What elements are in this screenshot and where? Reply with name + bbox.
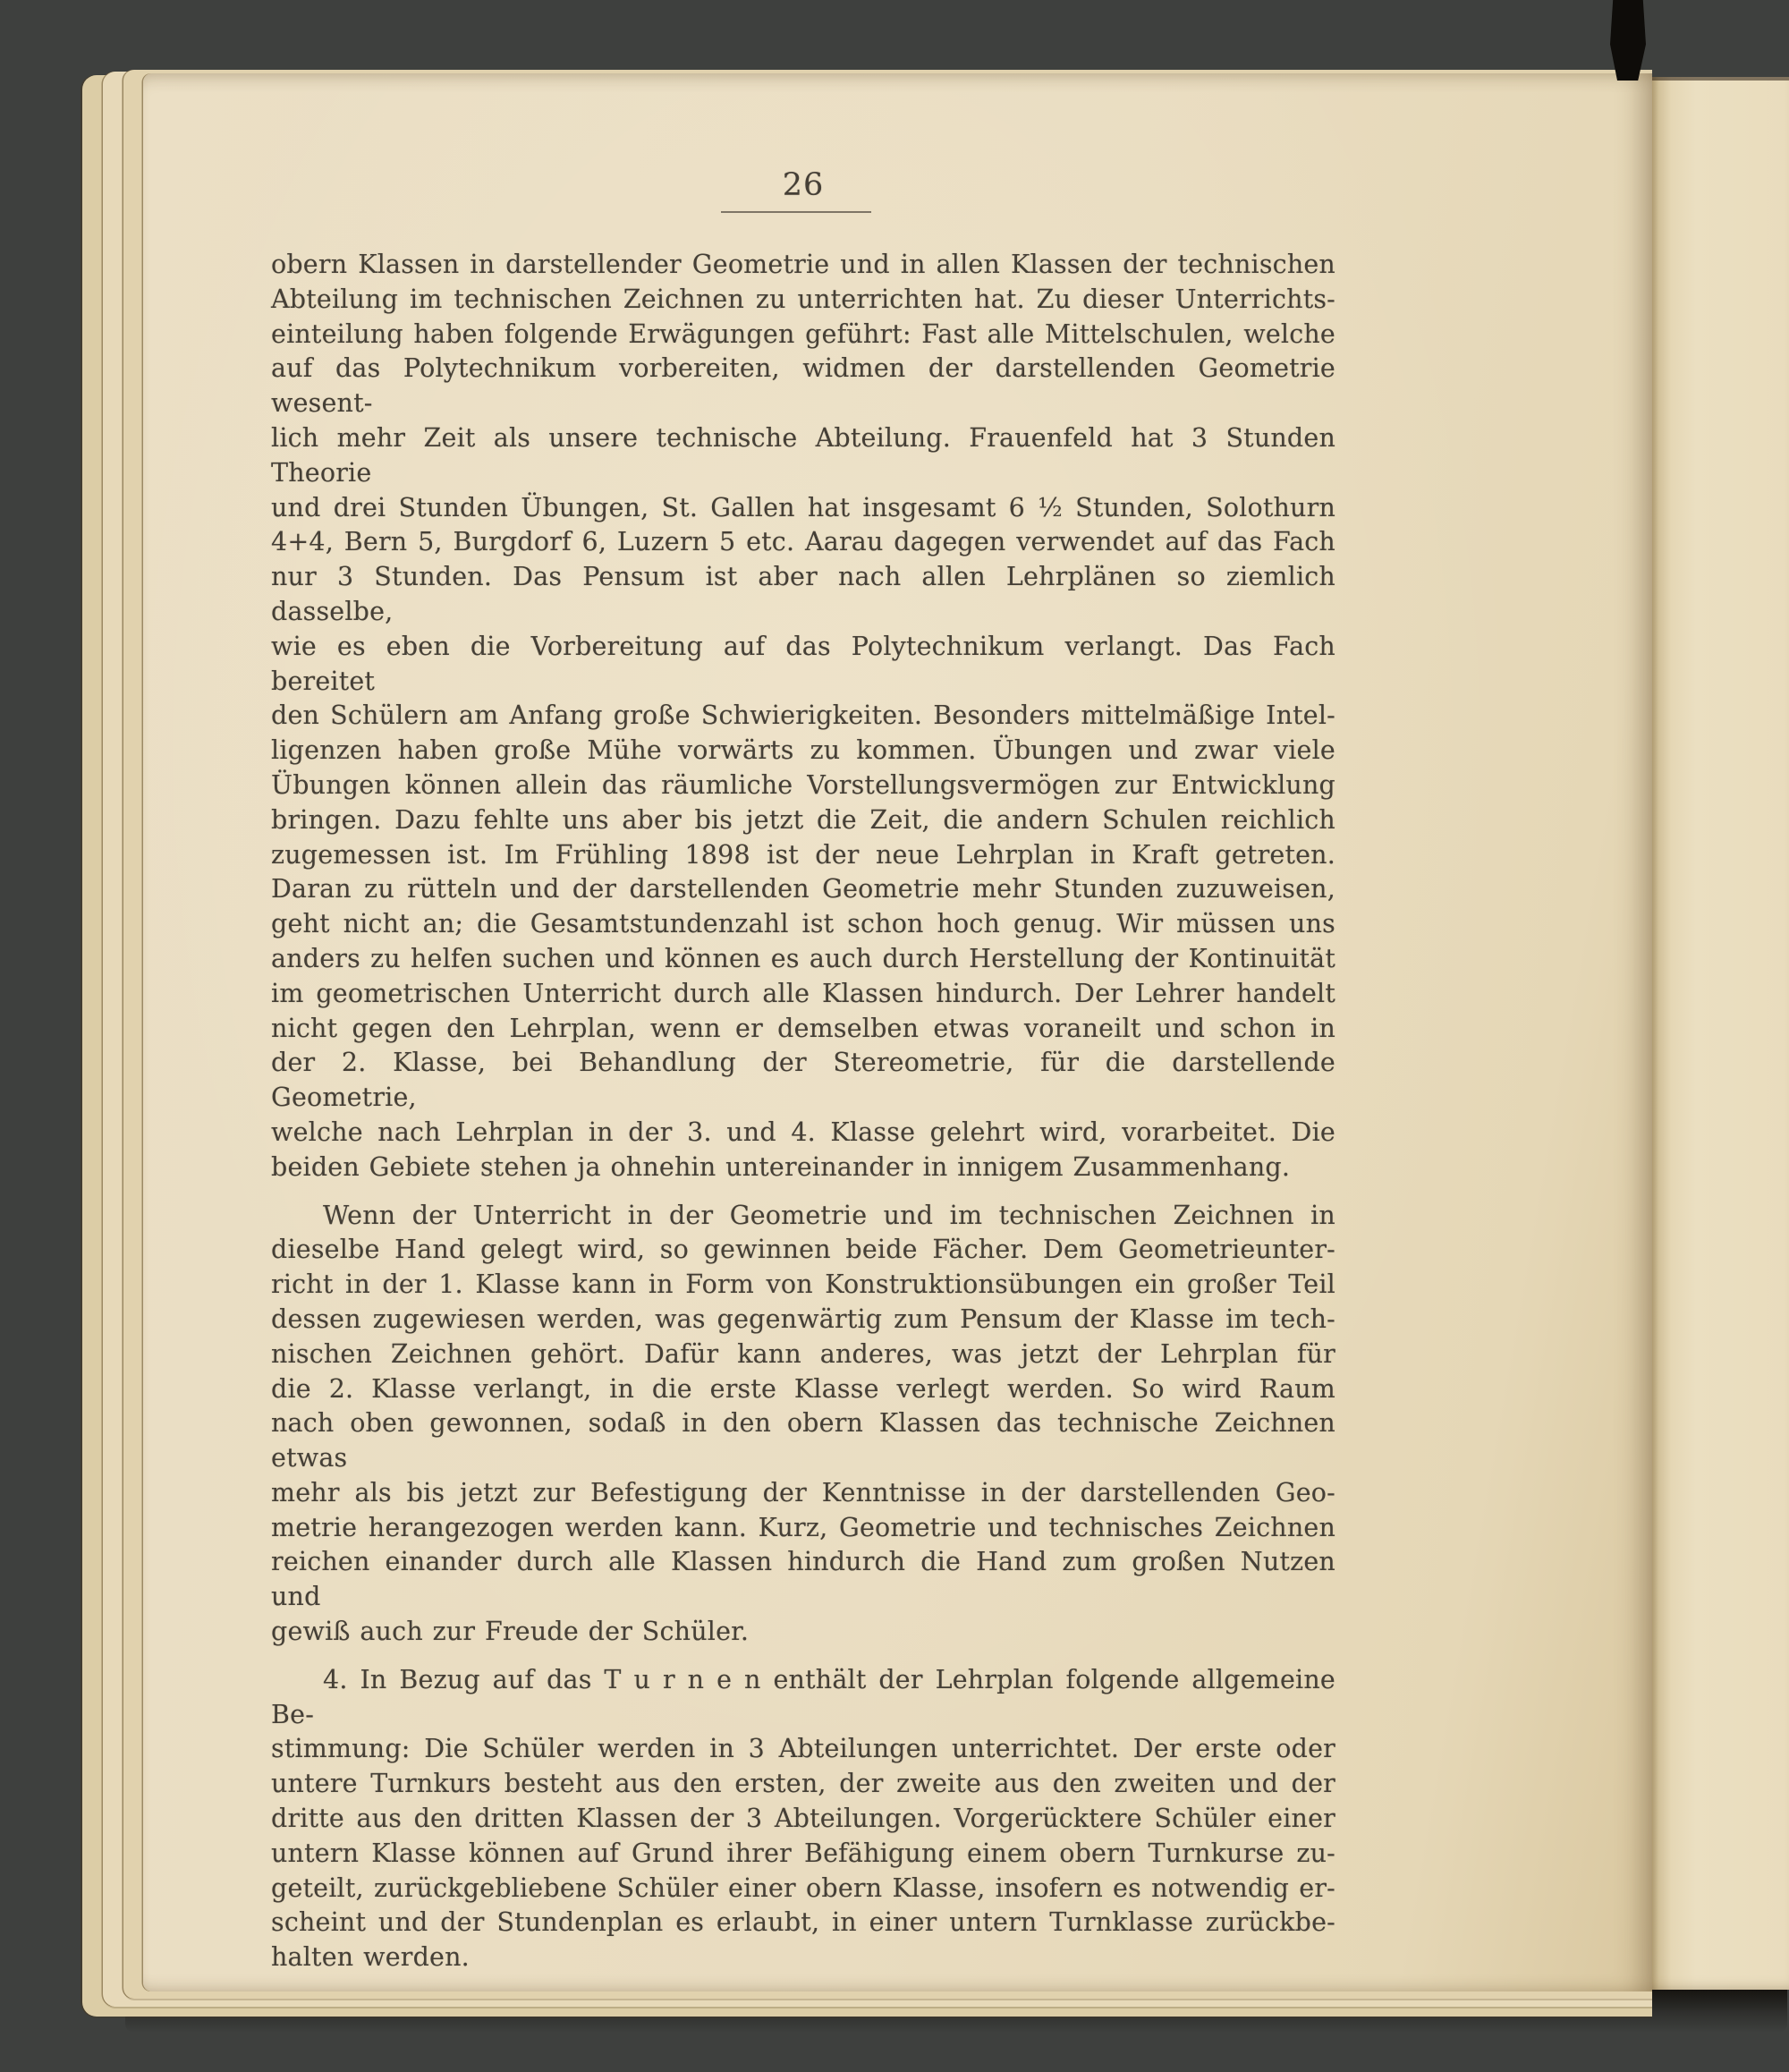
text-line: dritte aus den dritten Klassen der 3 Abt… [271,1802,1335,1837]
text-line: Wenn der Unterricht in der Geometrie und… [271,1199,1335,1234]
text-line: anders zu helfen suchen und können es au… [271,942,1335,977]
text-line: dieselbe Hand gelegt wird, so gewinnen b… [271,1233,1335,1268]
text-line: scheint und der Stundenplan es erlaubt, … [271,1906,1335,1940]
text-line: nach oben gewonnen, sodaß in den obern K… [271,1406,1335,1476]
text-line: 4+4, Bern 5, Burgdorf 6, Luzern 5 etc. A… [271,525,1335,560]
text-line: 4. In Bezug auf das T u r n e n enthält … [271,1663,1335,1733]
text-line: obern Klassen in darstellender Geometrie… [271,248,1335,283]
text-line: nischen Zeichnen gehört. Dafür kann ande… [271,1337,1335,1372]
text-line: gewiß auch zur Freude der Schüler. [271,1615,1335,1650]
text-line: ligenzen haben große Mühe vorwärts zu ko… [271,734,1335,769]
facing-page-edge [1652,77,1789,1990]
spine-gap-shadow [1610,0,1646,81]
text-line: metrie herangezogen werden kann. Kurz, G… [271,1511,1335,1546]
text-line: geht nicht an; die Gesamtstundenzahl ist… [271,907,1335,942]
text-line: untere Turnkurs besteht aus den ersten, … [271,1767,1335,1802]
text-line: dessen zugewiesen werden, was gegenwärti… [271,1303,1335,1337]
text-line: Übungen können allein das räumliche Vors… [271,769,1335,803]
text-line: untern Klasse können auf Grund ihrer Bef… [271,1837,1335,1872]
text-line: den Schülern am Anfang große Schwierigke… [271,699,1335,734]
text-line: wie es eben die Vorbereitung auf das Pol… [271,630,1335,700]
text-line: Daran zu rütteln und der darstellenden G… [271,872,1335,907]
text-line: und drei Stunden Übungen, St. Gallen hat… [271,491,1335,526]
page-number-rule [721,211,871,213]
text-line: reichen einander durch alle Klassen hind… [271,1545,1335,1615]
text-line: auf das Polytechnikum vorbereiten, widme… [271,352,1335,421]
page-number: 26 [271,170,1335,201]
text-line: halten werden. [271,1940,1335,1975]
text-line: zugemessen ist. Im Frühling 1898 ist der… [271,838,1335,873]
text-line: welche nach Lehrplan in der 3. und 4. Kl… [271,1116,1335,1151]
text-line: nur 3 Stunden. Das Pensum ist aber nach … [271,560,1335,630]
text-line: lich mehr Zeit als unsere technische Abt… [271,421,1335,491]
text-line: bringen. Dazu fehlte uns aber bis jetzt … [271,803,1335,838]
text-line: richt in der 1. Klasse kann in Form von … [271,1268,1335,1303]
text-block: obern Klassen in darstellender Geometrie… [271,248,1335,1975]
text-line: die 2. Klasse verlangt, in die erste Kla… [271,1372,1335,1407]
text-line: nicht gegen den Lehrplan, wenn er demsel… [271,1012,1335,1047]
text-line: im geometrischen Unterricht durch alle K… [271,977,1335,1012]
text-line: stimmung: Die Schüler werden in 3 Abteil… [271,1732,1335,1767]
text-line: Abteilung im technischen Zeichnen zu unt… [271,283,1335,318]
text-line: mehr als bis jetzt zur Befestigung der K… [271,1476,1335,1511]
text-line: der 2. Klasse, bei Behandlung der Stereo… [271,1046,1335,1116]
scan-backdrop: { "colors": { "background": "#3e403e", "… [0,0,1789,2072]
text-line: beiden Gebiete stehen ja ohnehin unterei… [271,1151,1335,1185]
text-line: einteilung haben folgende Erwägungen gef… [271,318,1335,352]
text-line: geteilt, zurückgebliebene Schüler einer … [271,1872,1335,1906]
